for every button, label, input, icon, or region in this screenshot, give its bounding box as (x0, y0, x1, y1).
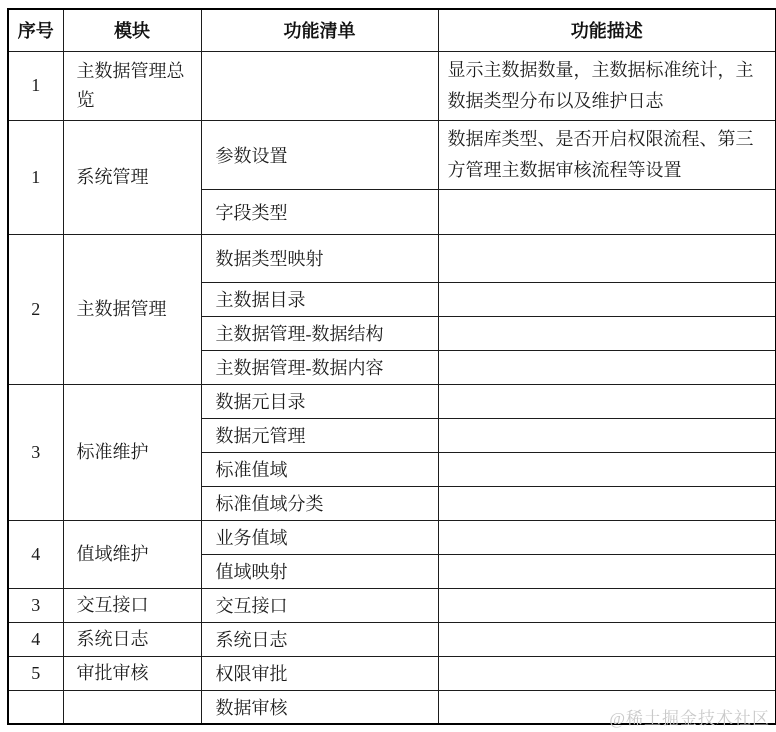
row-number-cell: 4 (8, 520, 63, 588)
feature-cell: 交互接口 (201, 588, 438, 622)
feature-cell: 权限审批 (201, 656, 438, 690)
module-cell: 主数据管理总览 (63, 51, 201, 120)
module-cell: 审批审核 (63, 656, 201, 690)
description-cell (438, 656, 776, 690)
module-cell: 系统管理 (63, 120, 201, 234)
feature-cell: 值域映射 (201, 554, 438, 588)
description-cell (438, 622, 776, 656)
module-cell (63, 690, 201, 724)
table-header-row: 序号 模块 功能清单 功能描述 (8, 9, 776, 51)
module-cell: 值域维护 (63, 520, 201, 588)
feature-cell: 数据类型映射 (201, 234, 438, 282)
description-cell (438, 282, 776, 316)
table-row: 1 主数据管理总览 显示主数据数量，主数据标准统计，主数据类型分布以及维护日志 (8, 51, 776, 120)
description-cell: 数据库类型、是否开启权限流程、第三方管理主数据审核流程等设置 (438, 120, 776, 189)
description-cell (438, 350, 776, 384)
description-cell (438, 234, 776, 282)
row-number-cell: 5 (8, 656, 63, 690)
header-description: 功能描述 (438, 9, 776, 51)
feature-cell: 主数据管理-数据结构 (201, 316, 438, 350)
module-cell: 交互接口 (63, 588, 201, 622)
feature-cell: 主数据目录 (201, 282, 438, 316)
description-cell (438, 486, 776, 520)
feature-cell: 字段类型 (201, 189, 438, 234)
row-number-cell: 3 (8, 588, 63, 622)
description-cell (438, 452, 776, 486)
description-cell (438, 418, 776, 452)
table-row: 1 系统管理 参数设置 数据库类型、是否开启权限流程、第三方管理主数据审核流程等… (8, 120, 776, 189)
feature-cell: 标准值域分类 (201, 486, 438, 520)
table-row: 4 系统日志 系统日志 (8, 622, 776, 656)
row-number-cell: 3 (8, 384, 63, 520)
row-number-cell (8, 690, 63, 724)
function-list-table: 序号 模块 功能清单 功能描述 1 主数据管理总览 显示主数据数量，主数据标准统… (7, 8, 776, 725)
table-row: 2 主数据管理 数据类型映射 (8, 234, 776, 282)
feature-cell: 数据元目录 (201, 384, 438, 418)
table-row: 5 审批审核 权限审批 (8, 656, 776, 690)
description-cell (438, 189, 776, 234)
module-cell: 主数据管理 (63, 234, 201, 384)
feature-cell: 系统日志 (201, 622, 438, 656)
feature-cell: 数据审核 (201, 690, 438, 724)
header-features: 功能清单 (201, 9, 438, 51)
table-row: 3 交互接口 交互接口 (8, 588, 776, 622)
feature-cell: 数据元管理 (201, 418, 438, 452)
description-cell (438, 588, 776, 622)
description-cell (438, 520, 776, 554)
description-cell: 显示主数据数量，主数据标准统计，主数据类型分布以及维护日志 (438, 51, 776, 120)
header-no: 序号 (8, 9, 63, 51)
module-cell: 系统日志 (63, 622, 201, 656)
row-number-cell: 2 (8, 234, 63, 384)
watermark-text: @稀土掘金技术社区 (609, 704, 770, 729)
feature-cell (201, 51, 438, 120)
feature-cell: 主数据管理-数据内容 (201, 350, 438, 384)
feature-cell: 标准值域 (201, 452, 438, 486)
row-number-cell: 4 (8, 622, 63, 656)
description-cell (438, 316, 776, 350)
table-row: 3 标准维护 数据元目录 (8, 384, 776, 418)
row-number-cell: 1 (8, 51, 63, 120)
table-row: 4 值域维护 业务值域 (8, 520, 776, 554)
header-module: 模块 (63, 9, 201, 51)
feature-cell: 参数设置 (201, 120, 438, 189)
description-cell (438, 384, 776, 418)
description-cell (438, 554, 776, 588)
module-cell: 标准维护 (63, 384, 201, 520)
feature-cell: 业务值域 (201, 520, 438, 554)
row-number-cell: 1 (8, 120, 63, 234)
